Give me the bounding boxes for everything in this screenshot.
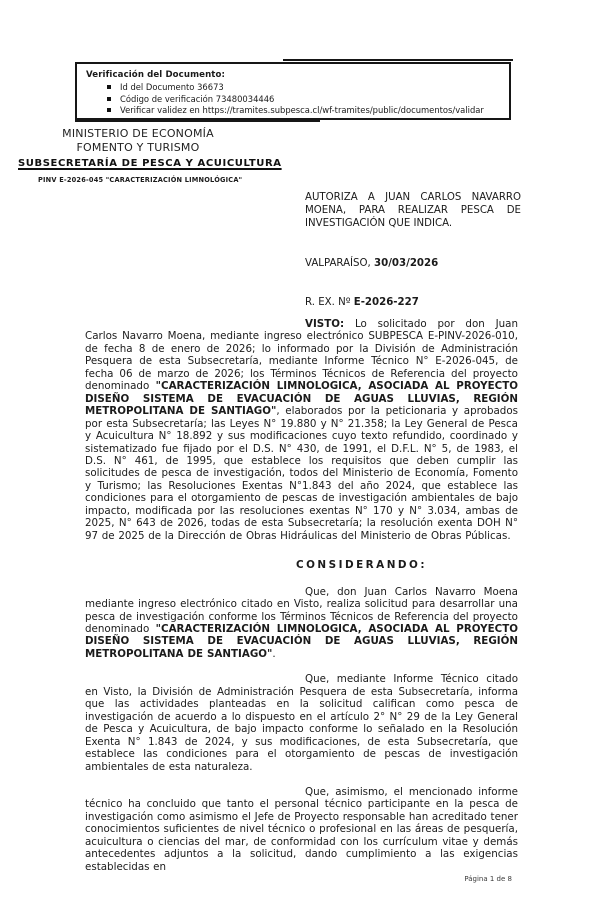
verification-url: Verificar validez en https://tramites.su…: [120, 105, 484, 115]
considerando-heading: CONSIDERANDO:: [145, 559, 578, 571]
verification-code: Código de verificación 73480034446: [120, 94, 274, 104]
project-reference: PINV E-2026-045 "CARACTERIZACIÓN LIMNOLÓ…: [38, 176, 242, 184]
scan-artifact-line-top: [283, 59, 513, 61]
place-label: VALPARAÍSO,: [305, 258, 374, 269]
bullet-square-icon: [107, 108, 111, 112]
verification-box: Verificación del Documento: Id del Docum…: [75, 62, 511, 120]
ministry-line1: MINISTERIO DE ECONOMÍA: [52, 127, 224, 141]
resolution-number-line: R. EX. Nº E-2026-227: [305, 297, 419, 308]
bullet-square-icon: [107, 85, 111, 89]
considerando-1-after: .: [272, 648, 275, 660]
verification-list: Id del Documento 36673 Código de verific…: [77, 82, 509, 115]
ministry-header: MINISTERIO DE ECONOMÍA FOMENTO Y TURISMO: [52, 127, 224, 155]
list-item: Verificar validez en https://tramites.su…: [107, 105, 509, 115]
verification-doc-id: Id del Documento 36673: [120, 82, 224, 92]
ministry-line2: FOMENTO Y TURISMO: [52, 141, 224, 155]
subsecretaria-title: SUBSECRETARÍA DE PESCA Y ACUICULTURA: [18, 158, 282, 169]
considerando-paragraph-2: Que, mediante Informe Técnico citado en …: [85, 673, 518, 773]
resolution-subject: AUTORIZA A JUAN CARLOS NAVARRO MOENA, PA…: [305, 191, 521, 230]
document-body: VISTO: Lo solicitado por don Juan Carlos…: [85, 318, 518, 886]
resolution-number: E-2026-227: [354, 297, 419, 308]
visto-label: VISTO:: [305, 318, 344, 330]
page-number: Página 1 de 8: [430, 875, 512, 883]
verification-title: Verificación del Documento:: [86, 70, 509, 80]
place-and-date: VALPARAÍSO, 30/03/2026: [305, 258, 438, 269]
document-page: Verificación del Documento: Id del Docum…: [0, 0, 600, 918]
visto-paragraph: VISTO: Lo solicitado por don Juan Carlos…: [85, 318, 518, 542]
bullet-square-icon: [107, 97, 111, 101]
resolution-date: 30/03/2026: [374, 258, 438, 269]
resolution-number-label: R. EX. Nº: [305, 297, 354, 308]
considerando-paragraph-3: Que, asimismo, el mencionado informe téc…: [85, 786, 518, 873]
list-item: Id del Documento 36673: [107, 82, 509, 92]
list-item: Código de verificación 73480034446: [107, 94, 509, 104]
considerando-paragraph-1: Que, don Juan Carlos Navarro Moena media…: [85, 586, 518, 661]
visto-text-after: , elaborados por la peticionaria y aprob…: [85, 405, 518, 542]
